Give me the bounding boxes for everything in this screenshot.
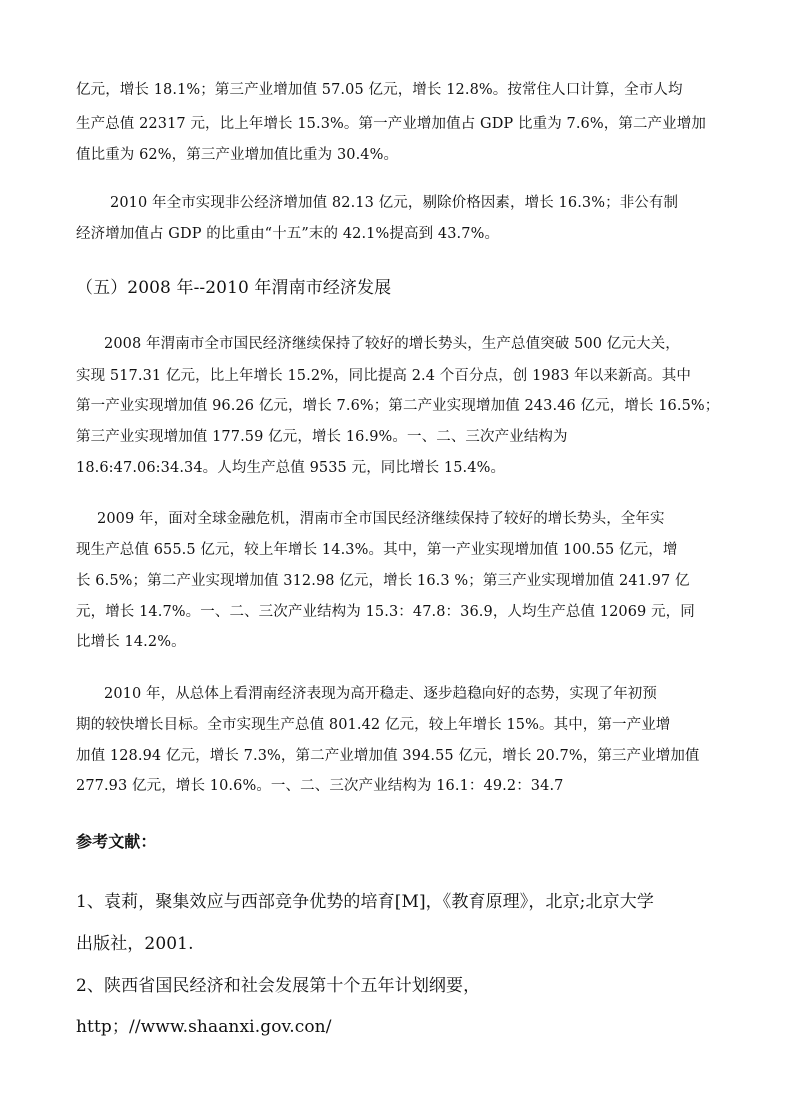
paragraph-line: 期的较快增长目标。全市实现生产总值 801.42 亿元，较上年增长 15%。其中… (76, 715, 670, 735)
paragraph-line: 现生产总值 655.5 亿元，较上年增长 14.3%。其中，第一产业实现增加值 … (76, 540, 677, 560)
paragraph-line: 2008 年渭南市全市国民经济继续保持了较好的增长势头，生产总值突破 500 亿… (104, 334, 680, 354)
paragraph-line: 第一产业实现增加值 96.26 亿元，增长 7.6%；第二产业实现增加值 243… (76, 396, 719, 416)
paragraph-line: 长 6.5%；第二产业实现增加值 312.98 亿元，增长 16.3 %；第三产… (76, 571, 690, 591)
paragraph-line: 生产总值 22317 元，比上年增长 15.3%。第一产业增加值占 GDP 比重… (76, 114, 706, 134)
references-heading: 参考文献： (76, 832, 157, 852)
paragraph-line: 18.6:47.06:34.34。人均生产总值 9535 元，同比增长 15.4… (76, 458, 505, 478)
paragraph-line: 277.93 亿元，增长 10.6%。一、二、三次产业结构为 16.1：49.2… (76, 776, 563, 796)
reference-item: 1、袁莉，聚集效应与西部竞争优势的培育[M]，《教育原理》，北京;北京大学 (76, 891, 654, 913)
paragraph-line: 加值 128.94 亿元，增长 7.3%，第二产业增加值 394.55 亿元，增… (76, 746, 700, 766)
document-page: 亿元，增长 18.1%；第三产业增加值 57.05 亿元，增长 12.8%。按常… (0, 0, 792, 1120)
paragraph-line: 值比重为 62%，第三产业增加值比重为 30.4%。 (76, 145, 398, 165)
paragraph-line: 元，增长 14.7%。一、二、三次产业结构为 15.3：47.8：36.9，人均… (76, 602, 695, 622)
reference-link: http；//www.shaanxi.gov.con/ (76, 1016, 332, 1038)
reference-item: 2、陕西省国民经济和社会发展第十个五年计划纲要， (76, 975, 480, 997)
paragraph-line: 比增长 14.2%。 (76, 632, 186, 652)
paragraph-line: 经济增加值占 GDP 的比重由“十五”末的 42.1%提高到 43.7%。 (76, 224, 499, 244)
paragraph-line: 实现 517.31 亿元，比上年增长 15.2%，同比提高 2.4 个百分点，创… (76, 366, 691, 386)
section-heading: （五）2008 年--2010 年渭南市经济发展 (76, 278, 391, 298)
paragraph-line: 2010 年，从总体上看渭南经济表现为高开稳走、逐步趋稳向好的态势，实现了年初预 (104, 684, 657, 704)
paragraph-line: 第三产业实现增加值 177.59 亿元，增长 16.9%。一、二、三次产业结构为 (76, 427, 568, 447)
paragraph-line: 亿元，增长 18.1%；第三产业增加值 57.05 亿元，增长 12.8%。按常… (76, 80, 683, 100)
reference-item-continued: 出版社，2001. (76, 933, 194, 955)
paragraph-line: 2010 年全市实现非公经济增加值 82.13 亿元，剔除价格因素，增长 16.… (110, 193, 678, 213)
paragraph-line: 2009 年，面对全球金融危机，渭南市全市国民经济继续保持了较好的增长势头，全年… (97, 509, 665, 529)
